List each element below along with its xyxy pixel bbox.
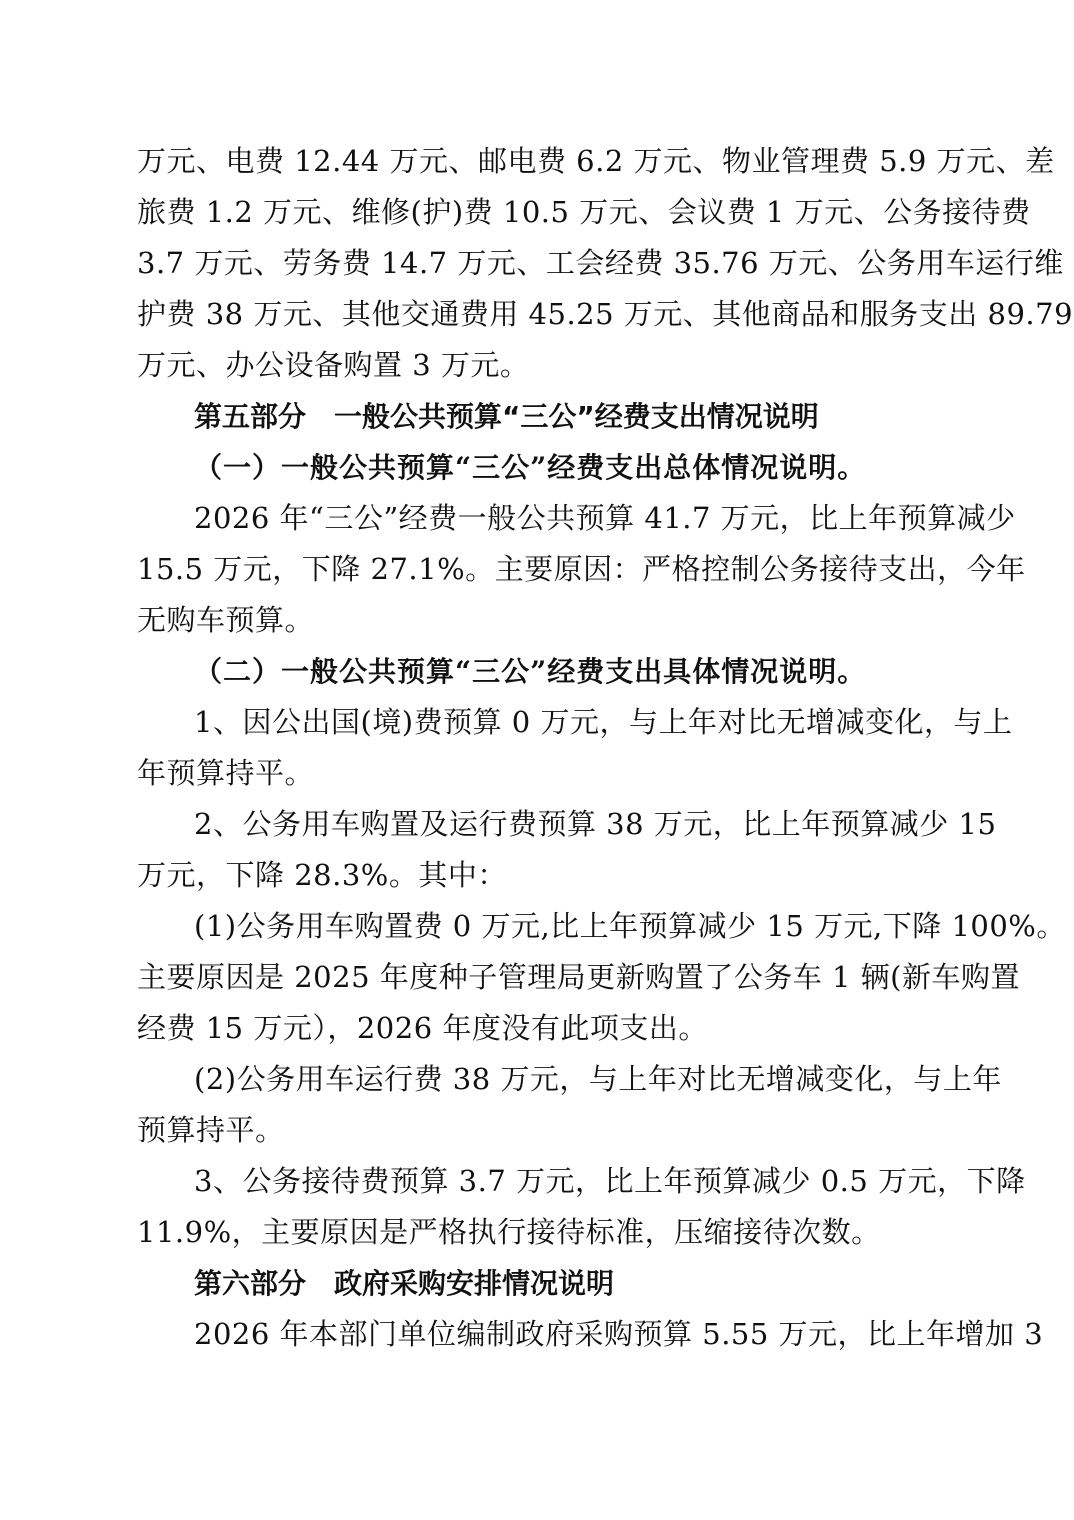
item-2-2-operation-paragraph: (2)公务用车运行费 38 万元，与上年对比无增减变化，与上年 预算持平。	[137, 1054, 973, 1156]
text-line: 无购车预算。	[137, 595, 973, 646]
text-line: 旅费 1.2 万元、维修(护)费 10.5 万元、会议费 1 万元、公务接待费	[137, 187, 973, 238]
section-two-heading: （二）一般公共预算“三公”经费支出具体情况说明。	[137, 646, 973, 697]
section-one-heading: （一）一般公共预算“三公”经费支出总体情况说明。	[137, 442, 973, 493]
text-line: 2026 年“三公”经费一般公共预算 41.7 万元，比上年预算减少	[137, 493, 973, 544]
document-page: 万元、电费 12.44 万元、邮电费 6.2 万元、物业管理费 5.9 万元、差…	[137, 136, 973, 1360]
text-line: 预算持平。	[137, 1105, 973, 1156]
overall-summary-paragraph: 2026 年“三公”经费一般公共预算 41.7 万元，比上年预算减少 15.5 …	[137, 493, 973, 646]
text-line: 万元、办公设备购置 3 万元。	[137, 340, 973, 391]
procurement-summary-paragraph: 2026 年本部门单位编制政府采购预算 5.55 万元，比上年增加 3	[137, 1309, 973, 1360]
item-1-overseas-paragraph: 1、因公出国(境)费预算 0 万元，与上年对比无增减变化，与上 年预算持平。	[137, 697, 973, 799]
text-line: 3.7 万元、劳务费 14.7 万元、工会经费 35.76 万元、公务用车运行维	[137, 238, 973, 289]
subsection-heading: （二）一般公共预算“三公”经费支出具体情况说明。	[137, 646, 973, 697]
text-line: 主要原因是 2025 年度种子管理局更新购置了公务车 1 辆(新车购置	[137, 952, 973, 1003]
text-line: 年预算持平。	[137, 748, 973, 799]
item-2-1-purchase-paragraph: (1)公务用车购置费 0 万元,比上年预算减少 15 万元,下降 100%。 主…	[137, 901, 973, 1054]
text-line: 11.9%，主要原因是严格执行接待标准，压缩接待次数。	[137, 1207, 973, 1258]
part-six-heading: 第六部分 政府采购安排情况说明	[137, 1258, 973, 1309]
text-line: 万元、电费 12.44 万元、邮电费 6.2 万元、物业管理费 5.9 万元、差	[137, 136, 973, 187]
part-five-heading: 第五部分 一般公共预算“三公”经费支出情况说明	[137, 391, 973, 442]
text-line: 经费 15 万元），2026 年度没有此项支出。	[137, 1003, 973, 1054]
text-line: 护费 38 万元、其他交通费用 45.25 万元、其他商品和服务支出 89.79	[137, 289, 973, 340]
text-line: 1、因公出国(境)费预算 0 万元，与上年对比无增减变化，与上	[137, 697, 973, 748]
text-line: (1)公务用车购置费 0 万元,比上年预算减少 15 万元,下降 100%。	[137, 901, 973, 952]
section-heading: 第六部分 政府采购安排情况说明	[137, 1258, 973, 1309]
item-2-vehicles-paragraph: 2、公务用车购置及运行费预算 38 万元，比上年预算减少 15 万元，下降 28…	[137, 799, 973, 901]
section-heading: 第五部分 一般公共预算“三公”经费支出情况说明	[137, 391, 973, 442]
text-line: 2026 年本部门单位编制政府采购预算 5.55 万元，比上年增加 3	[137, 1309, 973, 1360]
subsection-heading: （一）一般公共预算“三公”经费支出总体情况说明。	[137, 442, 973, 493]
item-3-reception-paragraph: 3、公务接待费预算 3.7 万元，比上年预算减少 0.5 万元，下降 11.9%…	[137, 1156, 973, 1258]
text-line: 2、公务用车购置及运行费预算 38 万元，比上年预算减少 15	[137, 799, 973, 850]
text-line: 15.5 万元，下降 27.1%。主要原因：严格控制公务接待支出，今年	[137, 544, 973, 595]
text-line: (2)公务用车运行费 38 万元，与上年对比无增减变化，与上年	[137, 1054, 973, 1105]
text-line: 万元，下降 28.3%。其中：	[137, 850, 973, 901]
expense-continuation-paragraph: 万元、电费 12.44 万元、邮电费 6.2 万元、物业管理费 5.9 万元、差…	[137, 136, 973, 391]
text-line: 3、公务接待费预算 3.7 万元，比上年预算减少 0.5 万元，下降	[137, 1156, 973, 1207]
